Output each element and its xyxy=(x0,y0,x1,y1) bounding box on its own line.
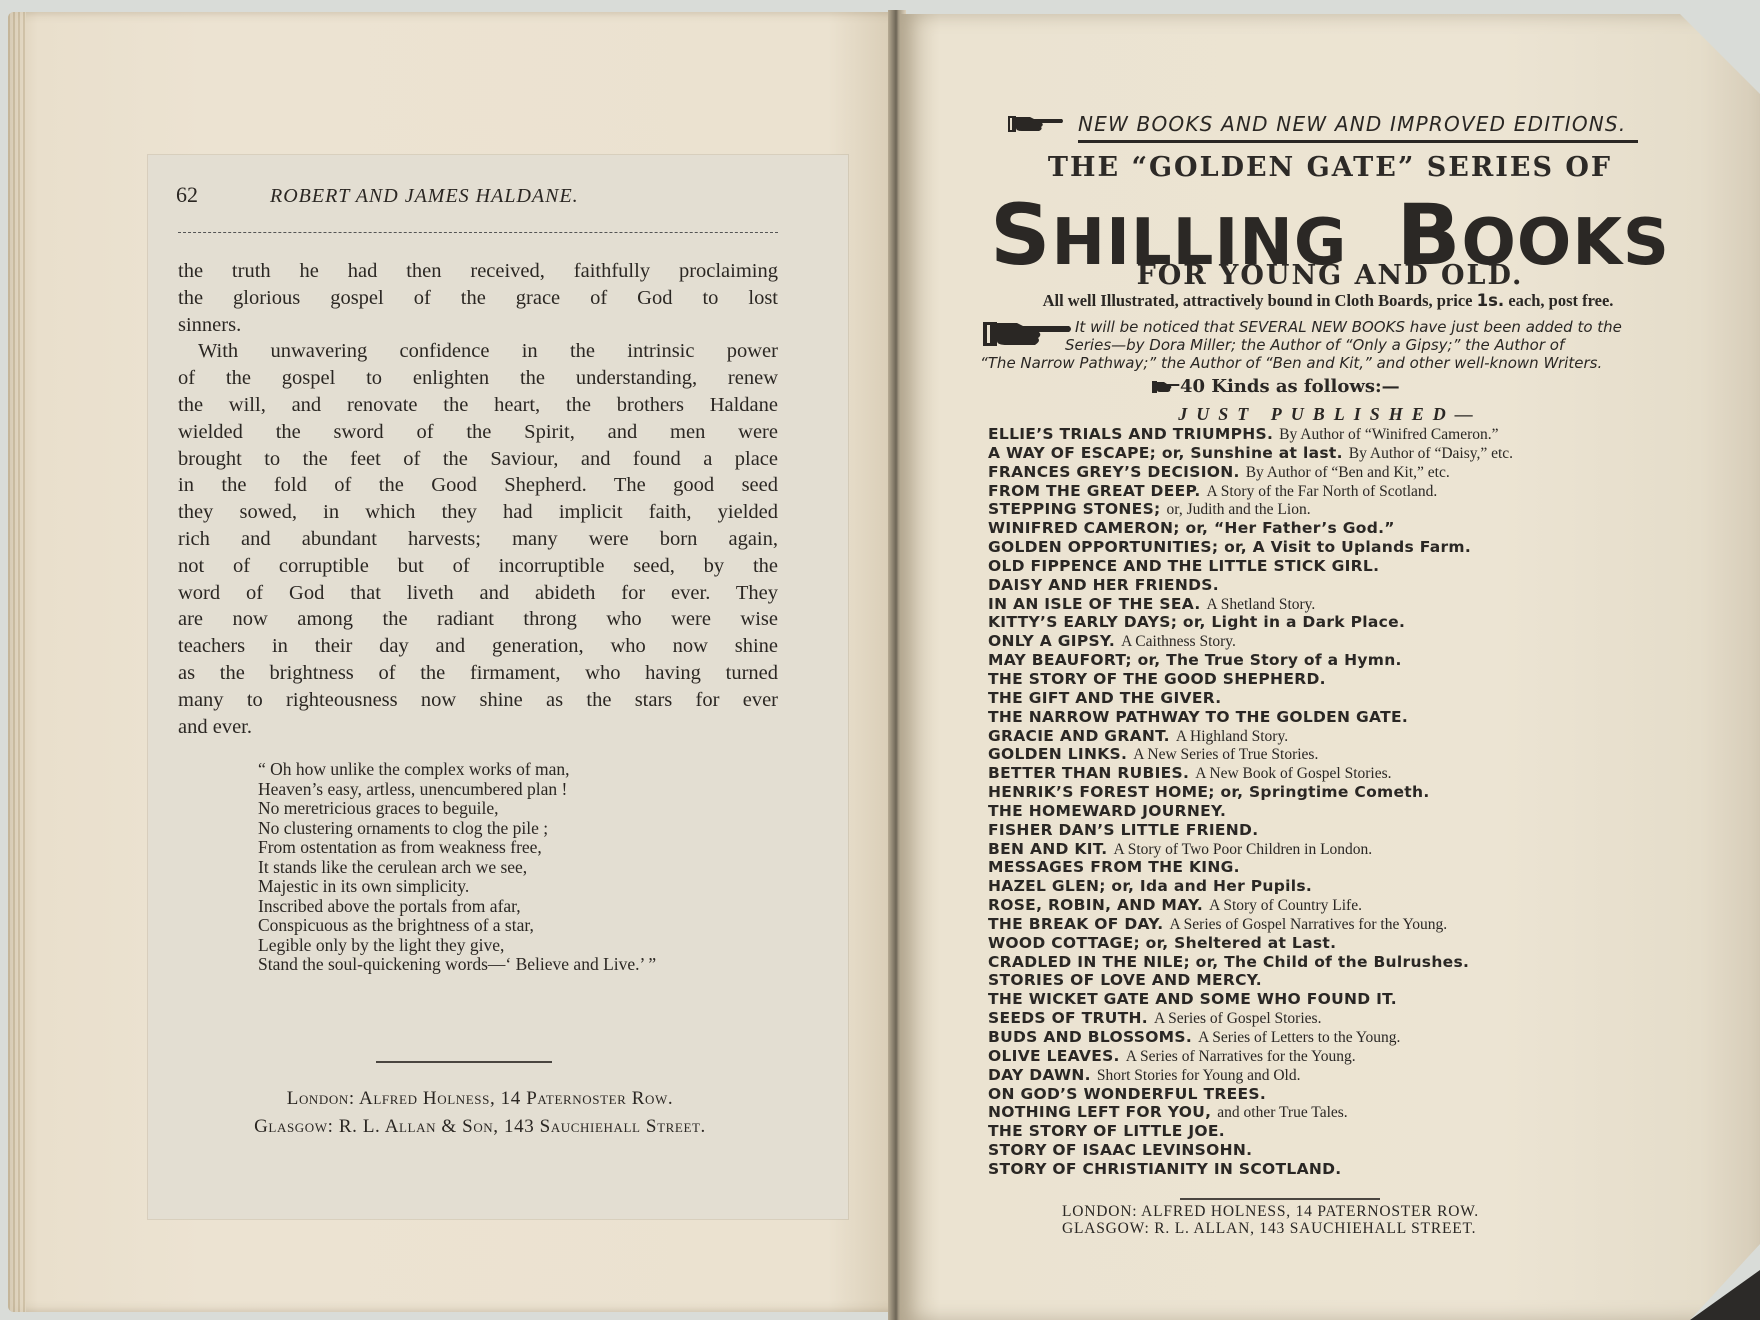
book-title: THE WICKET GATE AND SOME WHO FOUND IT. xyxy=(988,990,1397,1008)
book-list-item: THE NARROW PATHWAY TO THE GOLDEN GATE. xyxy=(988,708,1668,727)
book-title: ON GOD’S WONDERFUL TREES. xyxy=(988,1085,1266,1103)
book-description: A New Series of True Stories. xyxy=(1133,746,1318,763)
text-line: word of God that liveth and abideth for … xyxy=(178,580,778,607)
text-line: the will, and renovate the heart, the br… xyxy=(178,392,778,419)
imprint-rule xyxy=(1180,1198,1380,1200)
text-line: they sowed, in which they had implicit f… xyxy=(178,499,778,526)
text-line: sinners. xyxy=(178,312,778,339)
running-head-title: ROBERT AND JAMES HALDANE. xyxy=(270,185,579,208)
book-list-item: KITTY’S EARLY DAYS; or, Light in a Dark … xyxy=(988,613,1668,632)
imprint-rule xyxy=(376,1061,552,1063)
book-list-item: FRANCES GREY’S DECISION.By Author of “Be… xyxy=(988,463,1668,482)
text-line: rich and abundant harvests; many were bo… xyxy=(178,526,778,553)
book-list-item: ROSE, ROBIN, AND MAY.A Story of Country … xyxy=(988,896,1668,915)
text-line: not of corruptible but of incorruptible … xyxy=(178,553,778,580)
book-list-item: NOTHING LEFT FOR YOU,and other True Tale… xyxy=(988,1103,1668,1122)
book-title: THE NARROW PATHWAY TO THE GOLDEN GATE. xyxy=(988,708,1408,726)
book-description: Short Stories for Young and Old. xyxy=(1097,1067,1301,1084)
book-description: A Story of Country Life. xyxy=(1209,897,1362,914)
book-title: STORY OF CHRISTIANITY IN SCOTLAND. xyxy=(988,1160,1342,1178)
book-title: OLD FIPPENCE AND THE LITTLE STICK GIRL. xyxy=(988,557,1379,575)
book-description: A Shetland Story. xyxy=(1207,596,1316,613)
book-list-item: DAISY AND HER FRIENDS. xyxy=(988,576,1668,595)
book-list-item: THE STORY OF LITTLE JOE. xyxy=(988,1122,1668,1141)
book-title: FISHER DAN’S LITTLE FRIEND. xyxy=(988,821,1258,839)
book-list-item: IN AN ISLE OF THE SEA.A Shetland Story. xyxy=(988,595,1668,614)
book-title: THE STORY OF LITTLE JOE. xyxy=(988,1122,1225,1140)
book-title: CRADLED IN THE NILE; or, The Child of th… xyxy=(988,953,1469,971)
book-title: FRANCES GREY’S DECISION. xyxy=(988,463,1240,481)
book-title: NOTHING LEFT FOR YOU, xyxy=(988,1103,1211,1121)
book-description: By Author of “Winifred Cameron.” xyxy=(1279,426,1498,443)
book-list-item: OLIVE LEAVES.A Series of Narratives for … xyxy=(988,1047,1668,1066)
announcement-rule xyxy=(1078,140,1638,143)
book-list-item: OLD FIPPENCE AND THE LITTLE STICK GIRL. xyxy=(988,557,1668,576)
book-list-item: THE STORY OF THE GOOD SHEPHERD. xyxy=(988,670,1668,689)
book-list-item: HENRIK’S FOREST HOME; or, Springtime Com… xyxy=(988,783,1668,802)
book-title: ROSE, ROBIN, AND MAY. xyxy=(988,896,1203,914)
poem-line: “ Oh how unlike the complex works of man… xyxy=(258,760,698,780)
poem-line: No meretricious graces to beguile, xyxy=(258,799,698,819)
text-line: as the brightness of the firmament, who … xyxy=(178,660,778,687)
book-description: By Author of “Ben and Kit,” etc. xyxy=(1246,464,1450,481)
series-description: All well Illustrated, attractively bound… xyxy=(988,291,1668,311)
imprint-london: LONDON: ALFRED HOLNESS, 14 PATERNOSTER R… xyxy=(1062,1203,1582,1220)
book-description: A New Book of Gospel Stories. xyxy=(1195,765,1391,782)
book-description: or, Judith and the Lion. xyxy=(1167,501,1311,518)
text-line: are now among the radiant throng who wer… xyxy=(178,606,778,633)
text-line: the truth he had then received, faithful… xyxy=(178,258,778,285)
text-line: the glorious gospel of the grace of God … xyxy=(178,285,778,312)
book-list: ELLIE’S TRIALS AND TRIUMPHS.By Author of… xyxy=(988,425,1668,1179)
text-line: brought to the feet of the Saviour, and … xyxy=(178,446,778,473)
text-line: teachers in their day and generation, wh… xyxy=(178,633,778,660)
book-list-item: ON GOD’S WONDERFUL TREES. xyxy=(988,1085,1668,1104)
body-text: the truth he had then received, faithful… xyxy=(178,258,778,740)
running-head: 62 ROBERT AND JAMES HALDANE. xyxy=(176,182,776,212)
book-description: A Caithness Story. xyxy=(1121,633,1236,650)
book-list-item: THE WICKET GATE AND SOME WHO FOUND IT. xyxy=(988,990,1668,1009)
book-list-item: A WAY OF ESCAPE; or, Sunshine at last.By… xyxy=(988,444,1668,463)
book-list-item: THE HOMEWARD JOURNEY. xyxy=(988,802,1668,821)
book-title: SEEDS OF TRUTH. xyxy=(988,1009,1148,1027)
book-list-item: WOOD COTTAGE; or, Sheltered at Last. xyxy=(988,934,1668,953)
text-line: in the fold of the Good Shepherd. The go… xyxy=(178,472,778,499)
book-title: THE STORY OF THE GOOD SHEPHERD. xyxy=(988,670,1326,688)
new-books-notice: It will be noticed that SEVERAL NEW BOOK… xyxy=(980,318,1660,372)
book-list-item: STORY OF CHRISTIANITY IN SCOTLAND. xyxy=(988,1160,1668,1179)
book-list-item: STORIES OF LOVE AND MERCY. xyxy=(988,971,1668,990)
book-title: ONLY A GIPSY. xyxy=(988,632,1115,650)
poem-line: Legible only by the light they give, xyxy=(258,936,698,956)
book-title: WOOD COTTAGE; or, Sheltered at Last. xyxy=(988,934,1336,952)
poem-line: Heaven’s easy, artless, unencumbered pla… xyxy=(258,780,698,800)
poem-line: Stand the soul-quickening words—‘ Believ… xyxy=(258,955,698,975)
publisher-imprint-right: LONDON: ALFRED HOLNESS, 14 PATERNOSTER R… xyxy=(1062,1203,1582,1237)
book-list-item: HAZEL GLEN; or, Ida and Her Pupils. xyxy=(988,877,1668,896)
sub-title: FOR YOUNG AND OLD. xyxy=(1000,260,1660,291)
pointing-hand-icon xyxy=(1008,114,1064,134)
book-description: A Series of Narratives for the Young. xyxy=(1126,1048,1356,1065)
poem-line: Inscribed above the portals from afar, xyxy=(258,897,698,917)
book-title: WINIFRED CAMERON; or, “Her Father’s God.… xyxy=(988,519,1395,537)
notice-line: Series—by Dora Miller; the Author of “On… xyxy=(980,336,1660,354)
description-text: All well Illustrated, attractively bound… xyxy=(1043,291,1477,310)
description-text: each, post free. xyxy=(1504,291,1613,310)
book-title: DAISY AND HER FRIENDS. xyxy=(988,576,1219,594)
paragraph-2: With unwavering confidence in the intrin… xyxy=(178,338,778,740)
book-list-item: FROM THE GREAT DEEP.A Story of the Far N… xyxy=(988,482,1668,501)
book-list-item: GOLDEN LINKS.A New Series of True Storie… xyxy=(988,745,1668,764)
book-list-item: SEEDS OF TRUTH.A Series of Gospel Storie… xyxy=(988,1009,1668,1028)
book-list-item: ELLIE’S TRIALS AND TRIUMPHS.By Author of… xyxy=(988,425,1668,444)
book-list-item: MAY BEAUFORT; or, The True Story of a Hy… xyxy=(988,651,1668,670)
kinds-count-heading: 40 Kinds as follows:— xyxy=(1180,376,1400,397)
poem-quotation: “ Oh how unlike the complex works of man… xyxy=(258,760,698,975)
book-description: A Series of Gospel Narratives for the Yo… xyxy=(1169,916,1447,933)
book-list-item: FISHER DAN’S LITTLE FRIEND. xyxy=(988,821,1668,840)
poem-line: Conspicuous as the brightness of a star, xyxy=(258,916,698,936)
poem-line: From ostentation as from weakness free, xyxy=(258,838,698,858)
book-title: HAZEL GLEN; or, Ida and Her Pupils. xyxy=(988,877,1312,895)
book-title: IN AN ISLE OF THE SEA. xyxy=(988,595,1201,613)
book-description: A Series of Letters to the Young. xyxy=(1198,1029,1400,1046)
book-title: GOLDEN LINKS. xyxy=(988,745,1127,763)
book-list-item: STORY OF ISAAC LEVINSOHN. xyxy=(988,1141,1668,1160)
price: 1s. xyxy=(1477,291,1505,310)
notice-line: It will be noticed that SEVERAL NEW BOOK… xyxy=(980,318,1660,336)
book-description: and other True Tales. xyxy=(1217,1104,1347,1121)
book-list-item: THE GIFT AND THE GIVER. xyxy=(988,689,1668,708)
poem-line: It stands like the cerulean arch we see, xyxy=(258,858,698,878)
book-list-item: GRACIE AND GRANT.A Highland Story. xyxy=(988,727,1668,746)
book-title: A WAY OF ESCAPE; or, Sunshine at last. xyxy=(988,444,1343,462)
book-title: DAY DAWN. xyxy=(988,1066,1091,1084)
book-description: A Story of the Far North of Scotland. xyxy=(1207,483,1438,500)
just-published-heading: JUST PUBLISHED— xyxy=(1000,404,1660,425)
paragraph-1: the truth he had then received, faithful… xyxy=(178,258,778,338)
book-title: GOLDEN OPPORTUNITIES; or, A Visit to Upl… xyxy=(988,538,1471,556)
imprint-glasgow: Glasgow: R. L. Allan & Son, 143 Sauchieh… xyxy=(170,1113,790,1141)
text-line: With unwavering confidence in the intrin… xyxy=(178,338,778,365)
book-list-item: MESSAGES FROM THE KING. xyxy=(988,858,1668,877)
book-title: FROM THE GREAT DEEP. xyxy=(988,482,1201,500)
imprint-london: London: Alfred Holness, 14 Paternoster R… xyxy=(170,1085,790,1113)
book-title: THE BREAK OF DAY. xyxy=(988,915,1163,933)
book-title: BETTER THAN RUBIES. xyxy=(988,764,1189,782)
poem-line: Majestic in its own simplicity. xyxy=(258,877,698,897)
book-list-item: THE BREAK OF DAY.A Series of Gospel Narr… xyxy=(988,915,1668,934)
book-list-item: CRADLED IN THE NILE; or, The Child of th… xyxy=(988,953,1668,972)
page-number: 62 xyxy=(176,182,270,208)
book-list-item: GOLDEN OPPORTUNITIES; or, A Visit to Upl… xyxy=(988,538,1668,557)
book-description: A Story of Two Poor Children in London. xyxy=(1114,841,1373,858)
book-list-item: ONLY A GIPSY.A Caithness Story. xyxy=(988,632,1668,651)
book-title: KITTY’S EARLY DAYS; or, Light in a Dark … xyxy=(988,613,1405,631)
book-list-item: WINIFRED CAMERON; or, “Her Father’s God.… xyxy=(988,519,1668,538)
book-description: A Series of Gospel Stories. xyxy=(1154,1010,1321,1027)
book-list-item: BETTER THAN RUBIES.A New Book of Gospel … xyxy=(988,764,1668,783)
book-list-item: DAY DAWN.Short Stories for Young and Old… xyxy=(988,1066,1668,1085)
book-list-item: BUDS AND BLOSSOMS.A Series of Letters to… xyxy=(988,1028,1668,1047)
pointing-hand-icon xyxy=(1152,380,1180,394)
book-title: HENRIK’S FOREST HOME; or, Springtime Com… xyxy=(988,783,1430,801)
notice-line: “The Narrow Pathway;” the Author of “Ben… xyxy=(980,354,1660,372)
book-title: THE HOMEWARD JOURNEY. xyxy=(988,802,1226,820)
imprint-glasgow: GLASGOW: R. L. ALLAN, 143 SAUCHIEHALL ST… xyxy=(1062,1220,1582,1237)
book-title: STEPPING STONES; xyxy=(988,500,1161,518)
book-title: MESSAGES FROM THE KING. xyxy=(988,858,1240,876)
publisher-imprint-left: London: Alfred Holness, 14 Paternoster R… xyxy=(170,1085,790,1141)
header-rule xyxy=(178,232,778,233)
open-book-spread: 62 ROBERT AND JAMES HALDANE. the truth h… xyxy=(0,0,1760,1320)
book-title: STORIES OF LOVE AND MERCY. xyxy=(988,971,1262,989)
poem-line: No clustering ornaments to clog the pile… xyxy=(258,819,698,839)
book-title: OLIVE LEAVES. xyxy=(988,1047,1120,1065)
text-line: many to righteousness now shine as the s… xyxy=(178,687,778,714)
book-title: ELLIE’S TRIALS AND TRIUMPHS. xyxy=(988,425,1273,443)
text-line: and ever. xyxy=(178,714,778,741)
book-list-item: BEN AND KIT.A Story of Two Poor Children… xyxy=(988,840,1668,859)
book-title: STORY OF ISAAC LEVINSOHN. xyxy=(988,1141,1252,1159)
book-title: BUDS AND BLOSSOMS. xyxy=(988,1028,1192,1046)
book-title: GRACIE AND GRANT. xyxy=(988,727,1170,745)
text-line: wielded the sword of the Spirit, and men… xyxy=(178,419,778,446)
book-title: MAY BEAUFORT; or, The True Story of a Hy… xyxy=(988,651,1402,669)
book-title: THE GIFT AND THE GIVER. xyxy=(988,689,1221,707)
book-description: By Author of “Daisy,” etc. xyxy=(1349,445,1513,462)
book-title: BEN AND KIT. xyxy=(988,840,1108,858)
text-line: of the gospel to enlighten the understan… xyxy=(178,365,778,392)
book-list-item: STEPPING STONES;or, Judith and the Lion. xyxy=(988,500,1668,519)
announcement-heading: NEW BOOKS AND NEW AND IMPROVED EDITIONS. xyxy=(1078,112,1626,136)
series-title: THE “GOLDEN GATE” SERIES OF xyxy=(1000,152,1660,183)
book-description: A Highland Story. xyxy=(1176,728,1288,745)
